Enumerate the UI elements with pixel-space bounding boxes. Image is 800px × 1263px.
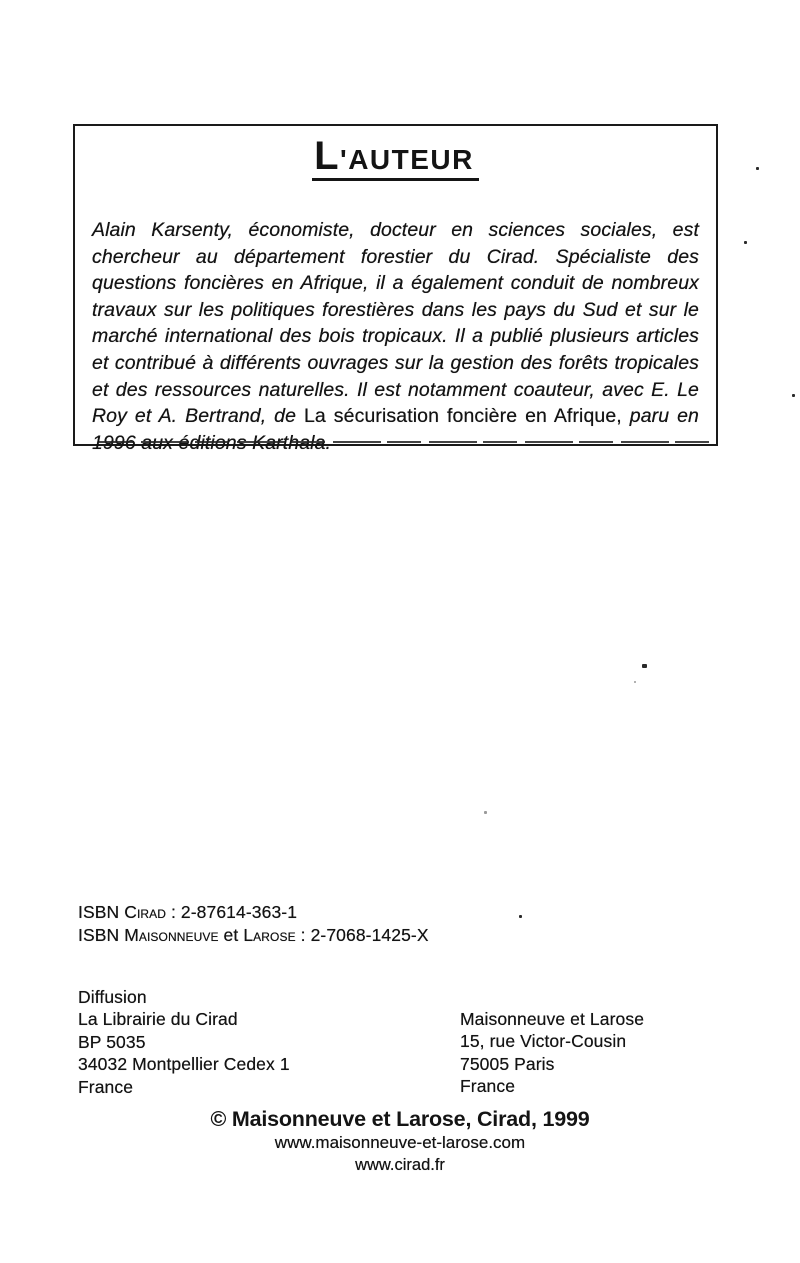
address-line: France [78,1076,290,1098]
isbn-number: 2-7068-1425-X [311,925,429,945]
isbn-publisher-2: Larose [243,925,295,945]
scan-speck [744,241,747,244]
address-line: 75005 Paris [460,1053,644,1075]
isbn-separator: : [296,925,311,945]
author-box: L'AUTEUR Alain Karsenty, économiste, doc… [73,124,718,446]
website-maisonneuve-larose: www.maisonneuve-et-larose.com [0,1132,800,1154]
scan-speck [519,915,522,918]
scan-speck [484,811,487,814]
isbn-line-maisonneuve-larose: ISBN Maisonneuve et Larose : 2-7068-1425… [78,924,429,947]
copyright-line: © Maisonneuve et Larose, Cirad, 1999 [0,1106,800,1132]
address-line: 34032 Montpellier Cedex 1 [78,1053,290,1075]
distributor-address-cirad: Diffusion La Librairie du Cirad BP 5035 … [78,986,290,1098]
isbn-conjunction: et [219,925,244,945]
page-title-rest: 'AUTEUR [340,144,474,175]
scan-speck [792,394,795,397]
address-line: BP 5035 [78,1031,290,1053]
isbn-publisher: Cirad [124,902,166,922]
scanned-book-page: L'AUTEUR Alain Karsenty, économiste, doc… [0,0,800,1263]
address-line: 15, rue Victor-Cousin [460,1030,644,1052]
author-box-title-wrap: L'AUTEUR [75,135,716,181]
author-bio: Alain Karsenty, économiste, docteur en s… [92,217,699,456]
isbn-publisher-1: Maisonneuve [124,925,218,945]
scan-artifact-line [99,441,710,443]
isbn-label: ISBN [78,902,119,922]
page-title-initial: L [314,134,340,178]
address-line: France [460,1075,644,1097]
isbn-label: ISBN [78,925,119,945]
scan-speck [756,167,759,170]
address-line: Maisonneuve et Larose [460,1008,644,1030]
footer: © Maisonneuve et Larose, Cirad, 1999 www… [0,1106,800,1176]
distributor-address-maisonneuve-larose: Maisonneuve et Larose 15, rue Victor-Cou… [460,1008,644,1098]
isbn-line-cirad: ISBN Cirad : 2-87614-363-1 [78,901,429,924]
isbn-block: ISBN Cirad : 2-87614-363-1 ISBN Maisonne… [78,901,429,947]
address-line: La Librairie du Cirad [78,1008,290,1030]
isbn-separator: : [166,902,181,922]
isbn-number: 2-87614-363-1 [181,902,297,922]
author-bio-text-1: Alain Karsenty, économiste, docteur en s… [92,219,699,427]
page-title: L'AUTEUR [312,135,479,181]
website-cirad: www.cirad.fr [0,1154,800,1176]
address-line: Diffusion [78,986,290,1008]
author-bio-book-title: La sécurisation foncière en Afrique, [304,405,622,427]
scan-speck [642,664,647,668]
scan-speck [634,681,636,683]
